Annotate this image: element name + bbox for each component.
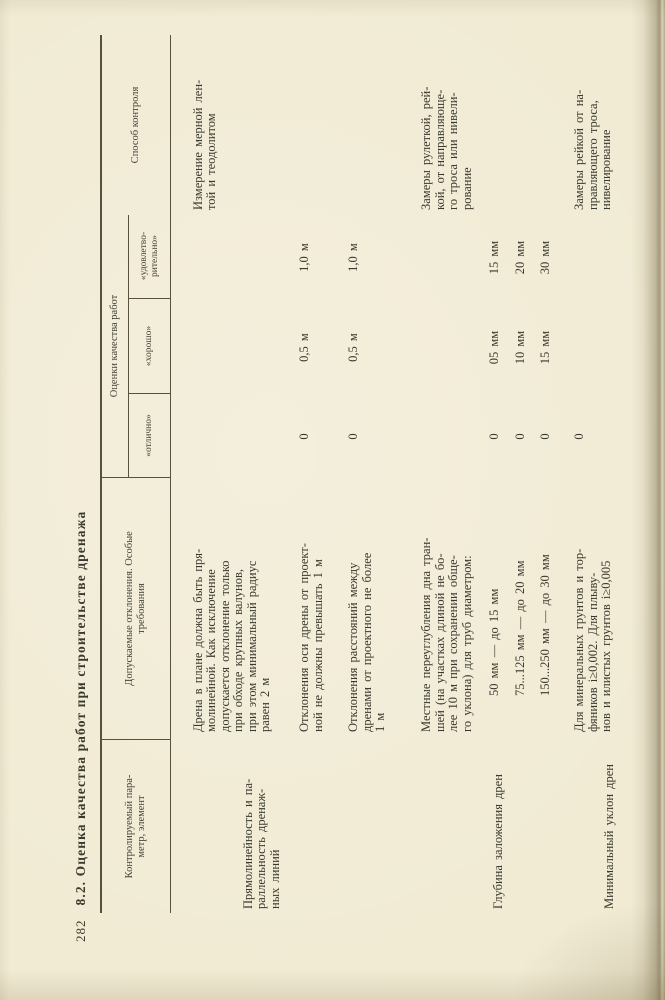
grade-excellent-value xyxy=(192,395,272,478)
grade-excellent-value xyxy=(420,395,474,478)
header-method: Способ контроля xyxy=(102,35,170,215)
grade-excellent-value: 0 xyxy=(514,395,527,478)
row-deviation-text: Для минеральных грунтов и тор- фяников i… xyxy=(573,478,616,740)
rotated-page-content: 282 8.2. Оценка качества работ при строи… xyxy=(0,0,665,1000)
header-param: Контролируемый пара- метр, элемент xyxy=(102,740,170,913)
grade-satisfactory-value: 1,0 м xyxy=(298,215,325,300)
row-method: Замеры рулеткой, рей- кой, от направляющ… xyxy=(420,35,552,215)
row-param: Минимальный уклон дрен xyxy=(573,740,616,913)
table-row: Глубина заложения дрен Местные переуглуб… xyxy=(420,35,552,913)
page-headline: 282 8.2. Оценка качества работ при строи… xyxy=(72,22,90,942)
table-row: Минимальный уклон дрен Для минеральных г… xyxy=(573,35,616,913)
row-deviation-text: Отклонения оси дрены от проект- ной не д… xyxy=(298,478,325,740)
grade-excellent-value: 0 xyxy=(488,395,501,478)
row-param: Прямолинейность и па- раллельность дрена… xyxy=(192,740,387,913)
row-deviation-text: 75...125 мм — до 20 мм xyxy=(514,478,527,740)
page-number: 282 xyxy=(73,920,88,943)
row-deviation-text: Дрена в плане должна быть пря- молинейно… xyxy=(192,478,272,740)
header-grade-good: «хорошо» xyxy=(129,299,170,394)
grade-satisfactory-value: 15 мм xyxy=(488,215,501,300)
row-param: Глубина заложения дрен xyxy=(420,740,552,913)
row-method: Измерение мерной лен- той и теодолитом xyxy=(192,35,387,215)
row-deviation-text: 150...250 мм — до 30 мм xyxy=(539,478,552,740)
grade-excellent-value: 0 xyxy=(298,395,325,478)
grade-excellent-value: 0 xyxy=(347,395,387,478)
grade-good-value: 0,5 м xyxy=(298,300,325,395)
grade-satisfactory-value: 30 мм xyxy=(539,215,552,300)
row-method: Замеры рейкой от на- правляющего троса, … xyxy=(573,35,616,215)
row-deviation-text: Отклонения расстояний между дренами от п… xyxy=(347,478,387,740)
table-row: Прямолинейность и па- раллельность дрена… xyxy=(192,35,387,913)
grade-satisfactory-value: 1,0 м xyxy=(347,215,387,300)
grade-good-value: 0,5 м xyxy=(347,300,387,395)
table-body: Прямолинейность и па- раллельность дрена… xyxy=(172,35,617,913)
table-title: 8.2. Оценка качества работ при строитель… xyxy=(73,511,88,906)
header-grades-label: Оценки качества работ xyxy=(102,215,129,477)
header-grade-excellent: «отлично» xyxy=(129,394,170,477)
grade-good-value: 15 мм xyxy=(539,300,552,395)
scanned-book-page: 282 8.2. Оценка качества работ при строи… xyxy=(0,0,665,1000)
header-grades-group: Оценки качества работ «отлично» «хорошо»… xyxy=(102,215,170,478)
grade-satisfactory-value xyxy=(573,215,616,300)
row-deviation-text: 50 мм — до 15 мм xyxy=(488,478,501,740)
grade-satisfactory-value xyxy=(192,215,272,300)
table-header: Контролируемый пара- метр, элемент Допус… xyxy=(100,35,171,913)
row-deviation-text: Местные переуглубления дна тран- шей (на… xyxy=(420,478,474,740)
grade-excellent-value: 0 xyxy=(539,395,552,478)
grade-satisfactory-value xyxy=(420,215,474,300)
grade-good-value xyxy=(573,300,616,395)
grade-good-value: 10 мм xyxy=(514,300,527,395)
header-deviations: Допускаемые отклонения. Особые требовани… xyxy=(102,478,170,740)
grade-good-value xyxy=(192,300,272,395)
header-grade-satisfactory: «удовлетво- рительно» xyxy=(129,214,170,299)
header-grade-subcolumns: «отлично» «хорошо» «удовлетво- рительно» xyxy=(129,215,170,477)
grade-satisfactory-value: 20 мм xyxy=(514,215,527,300)
grade-excellent-value: 0 xyxy=(573,395,616,478)
grade-good-value xyxy=(420,300,474,395)
grade-good-value: 05 мм xyxy=(488,300,501,395)
